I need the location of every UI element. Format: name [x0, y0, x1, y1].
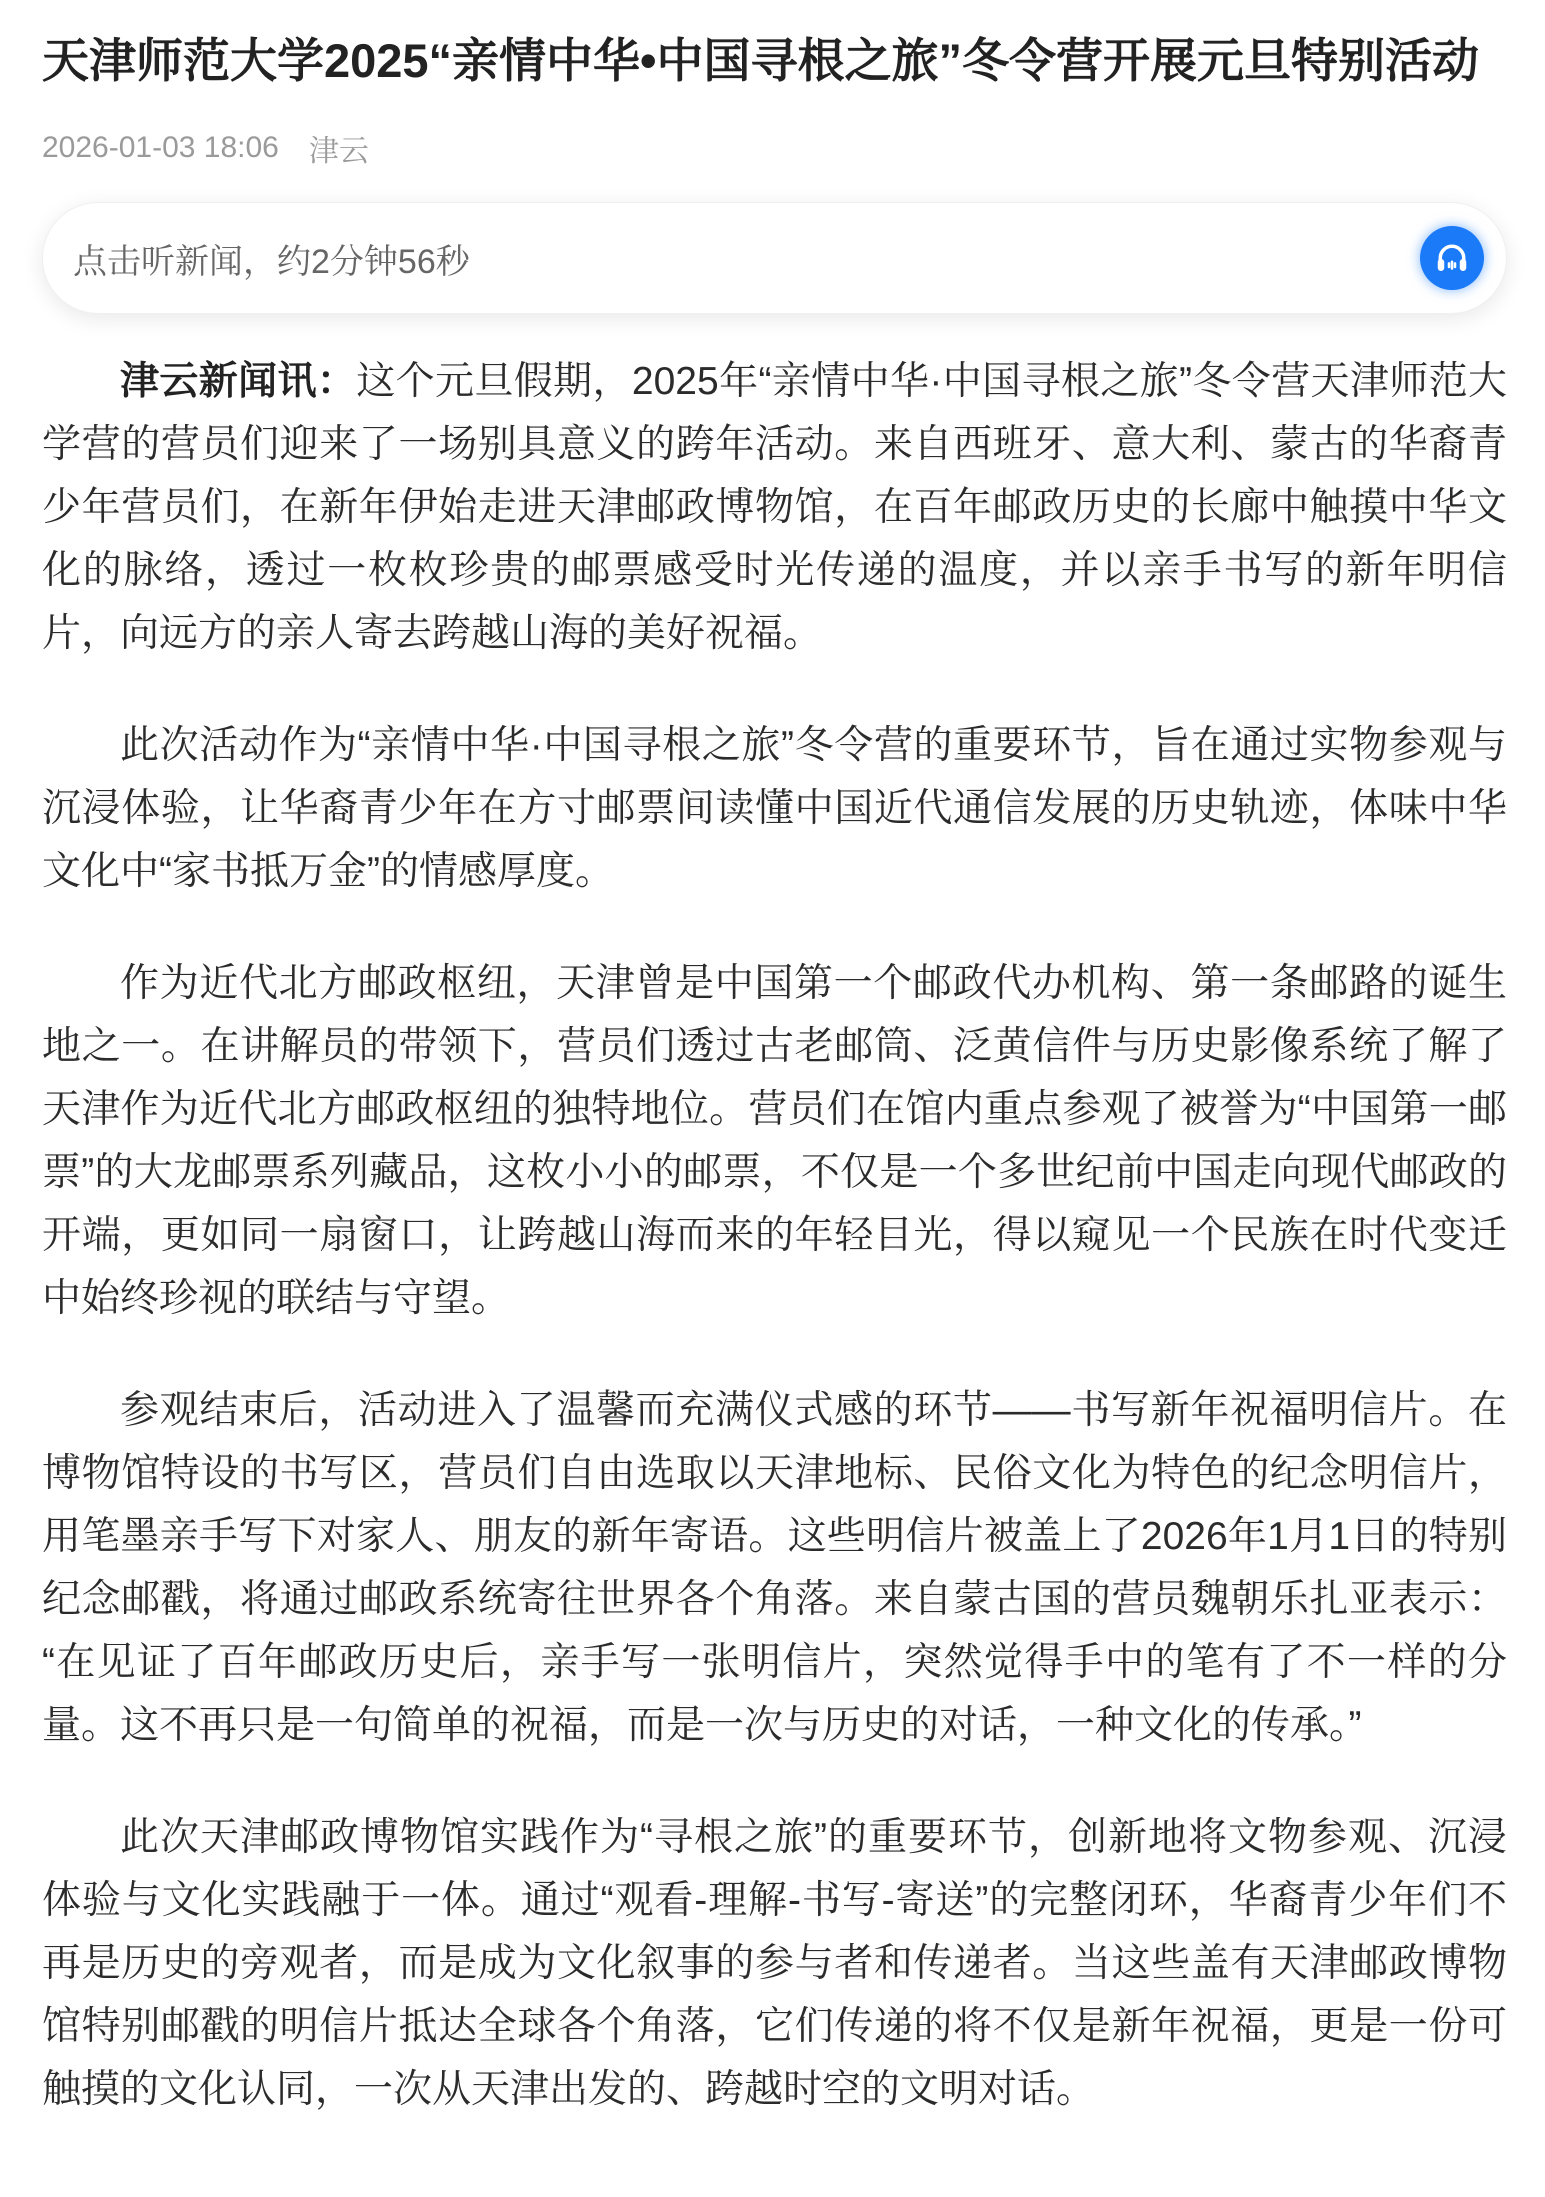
article-lead-label: 津云新闻讯： — [120, 360, 356, 403]
page-title: 天津师范大学2025“亲情中华•中国寻根之旅”冬令营开展元旦特别活动 — [42, 30, 1507, 92]
article-paragraph: 参观结束后，活动进入了温馨而充满仪式感的环节——书写新年祝福明信片。在博物馆特设… — [42, 1379, 1507, 1757]
source-name: 津云 — [309, 126, 369, 170]
article-paragraph-text: 这个元旦假期，2025年“亲情中华·中国寻根之旅”冬令营天津师范大学营的营员们迎… — [42, 360, 1507, 655]
article-paragraph: 此次活动作为“亲情中华·中国寻根之旅”冬令营的重要环节，旨在通过实物参观与沉浸体… — [42, 714, 1507, 903]
article-paragraph: 此次天津邮政博物馆实践作为“寻根之旅”的重要环节，创新地将文物参观、沉浸体验与文… — [42, 1806, 1507, 2121]
publish-date: 2026-01-03 18:06 — [42, 131, 279, 165]
headphones-icon[interactable] — [1420, 226, 1484, 290]
article-paragraph: 作为近代北方邮政枢纽，天津曾是中国第一个邮政代办机构、第一条邮路的诞生地之一。在… — [42, 952, 1507, 1330]
article-meta: 2026-01-03 18:06 津云 — [42, 126, 1507, 170]
article-body: 津云新闻讯：这个元旦假期，2025年“亲情中华·中国寻根之旅”冬令营天津师范大学… — [42, 350, 1507, 2121]
listen-news-button[interactable]: 点击听新闻，约2分钟56秒 — [42, 202, 1507, 314]
listen-news-label: 点击听新闻，约2分钟56秒 — [73, 234, 470, 283]
article-paragraph: 津云新闻讯：这个元旦假期，2025年“亲情中华·中国寻根之旅”冬令营天津师范大学… — [42, 350, 1507, 665]
news-article-page: 天津师范大学2025“亲情中华•中国寻根之旅”冬令营开展元旦特别活动 2026-… — [0, 0, 1545, 2197]
